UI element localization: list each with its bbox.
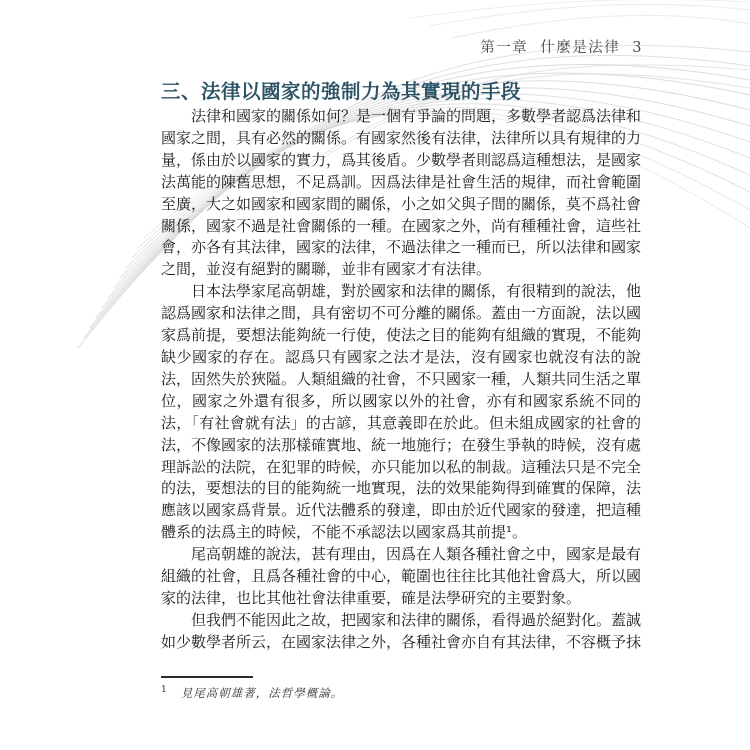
book-page: 第一章什麼是法律3 三、法律以國家的強制力為其實現的手段 法律和國家的關係如何？… <box>0 0 750 750</box>
footnote-divider <box>161 676 253 678</box>
chapter-title: 什麼是法律 <box>540 40 620 56</box>
body-text-block: 法律和國家的關係如何？是一個有爭論的問題，多數學者認爲法律和國家之間，具有必然的… <box>161 106 641 654</box>
paragraph-4: 但我們不能因此之故，把國家和法律的關係，看得過於絕對化。蓋誠如少數學者所云，在國… <box>161 610 641 654</box>
footnote: 1見尾高朝雄著，法哲學概論。 <box>161 682 641 701</box>
paragraph-1: 法律和國家的關係如何？是一個有爭論的問題，多數學者認爲法律和國家之間，具有必然的… <box>161 106 641 281</box>
page-number: 3 <box>632 40 643 56</box>
chapter-label: 第一章 <box>480 40 528 56</box>
paragraph-3: 尾高朝雄的說法，甚有理由，因爲在人類各種社會之中，國家是最有組織的社會，且爲各種… <box>161 544 641 610</box>
section-heading: 三、法律以國家的強制力為其實現的手段 <box>161 76 521 104</box>
paragraph-2: 日本法學家尾高朝雄，對於國家和法律的關係，有很精到的說法，他認爲國家和法律之間，… <box>161 281 641 544</box>
footnote-marker: 1 <box>161 685 167 695</box>
footnote-text: 見尾高朝雄著，法哲學概論。 <box>181 686 344 700</box>
running-header: 第一章什麼是法律3 <box>0 36 643 57</box>
